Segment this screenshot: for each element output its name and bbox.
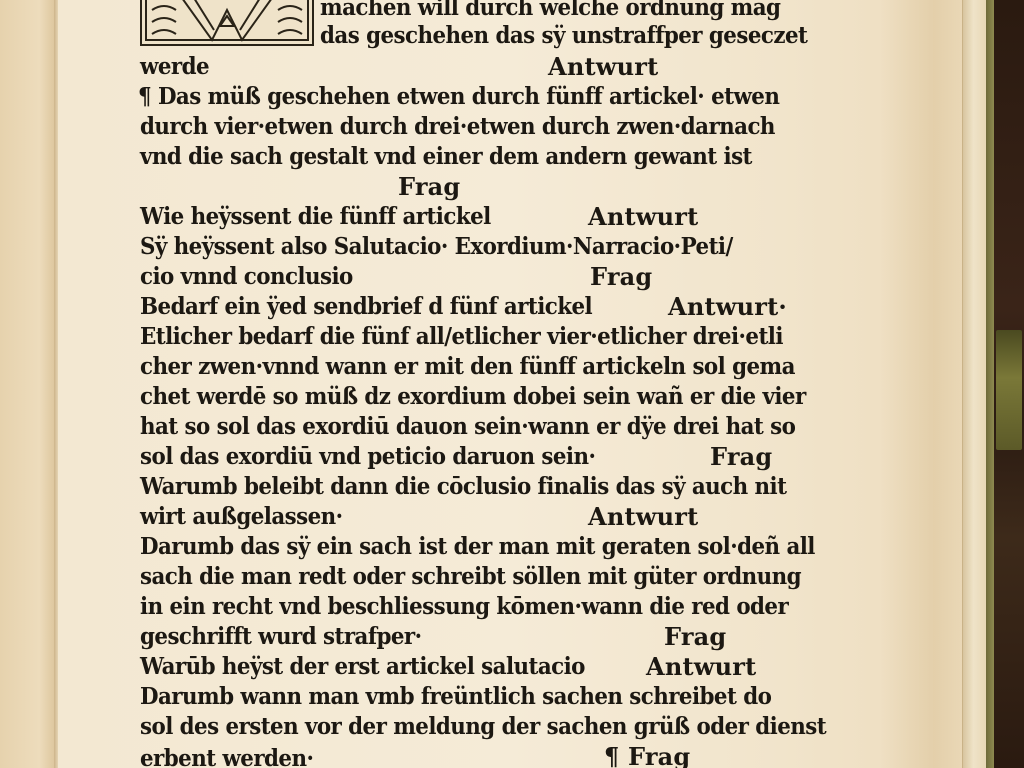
- text-line: geschrifft wurd strafper·: [140, 623, 422, 651]
- text-line: machen will durch welche ordnung mag: [320, 0, 780, 22]
- text-line: cio vnnd conclusio: [140, 263, 353, 291]
- heading-antwurt: Antwurt: [548, 53, 658, 81]
- text-line: in ein recht vnd beschliessung kōmen·wan…: [140, 593, 788, 621]
- text-line: ¶ Das müß geschehen etwen durch fünff ar…: [138, 83, 779, 111]
- text-line: Bedarf ein ÿed sendbrief d fünf artickel: [140, 293, 592, 321]
- water-stain: [880, 0, 970, 768]
- heading-frag: Frag: [664, 623, 726, 651]
- woodcut-w-icon: [142, 0, 312, 44]
- text-line: chet werdē so müß dz exordium dobei sein…: [140, 383, 806, 411]
- text-line: erbent werden·: [140, 745, 313, 768]
- heading-frag: Frag: [398, 173, 460, 201]
- binding-strip: [986, 0, 994, 768]
- text-line: Sÿ heÿssent also Salutacio· Exordium·Nar…: [140, 233, 733, 261]
- heading-frag: ¶ Frag: [604, 743, 690, 768]
- facing-page-edge: [0, 0, 56, 768]
- text-line: sol des ersten vor der meldung der sache…: [140, 713, 826, 741]
- heading-antwurt: Antwurt: [588, 503, 698, 531]
- text-line: Darumb das sÿ ein sach ist der man mit g…: [140, 533, 815, 561]
- heading-frag: Frag: [590, 263, 652, 291]
- cover-clasp: [996, 330, 1022, 450]
- text-line: Warūb heÿst der erst artickel salutacio: [140, 653, 585, 681]
- text-line: Wie heÿssent die fünff artickel: [140, 203, 491, 231]
- text-line: Etlicher bedarf die fünf all/etlicher vi…: [140, 323, 783, 351]
- decorated-initial-w: [140, 0, 314, 46]
- text-line: das geschehen das sÿ unstraffper gesecze…: [320, 22, 807, 50]
- heading-antwurt: Antwurt: [646, 653, 756, 681]
- text-line: sach die man redt oder schreibt söllen m…: [140, 563, 801, 591]
- text-line: Warumb beleibt dann die cōclusio finalis…: [140, 473, 786, 501]
- text-line: durch vier·etwen durch drei·etwen durch …: [140, 113, 775, 141]
- heading-antwurt: Antwurt: [588, 203, 698, 231]
- text-line: werde: [140, 53, 209, 81]
- page-fore-edge: [962, 0, 989, 768]
- text-line: vnd die sach gestalt vnd einer dem ander…: [140, 143, 752, 171]
- text-line: Darumb wann man vmb freüntlich sachen sc…: [140, 683, 771, 711]
- text-line: sol das exordiū vnd peticio daruon sein·: [140, 443, 595, 471]
- heading-antwurt: Antwurt·: [668, 293, 787, 321]
- text-line: hat so sol das exordiū dauon sein·wann e…: [140, 413, 795, 441]
- text-line: wirt außgelassen·: [140, 503, 343, 531]
- heading-frag: Frag: [710, 443, 772, 471]
- text-line: cher zwen·vnnd wann er mit den fünff art…: [140, 353, 795, 381]
